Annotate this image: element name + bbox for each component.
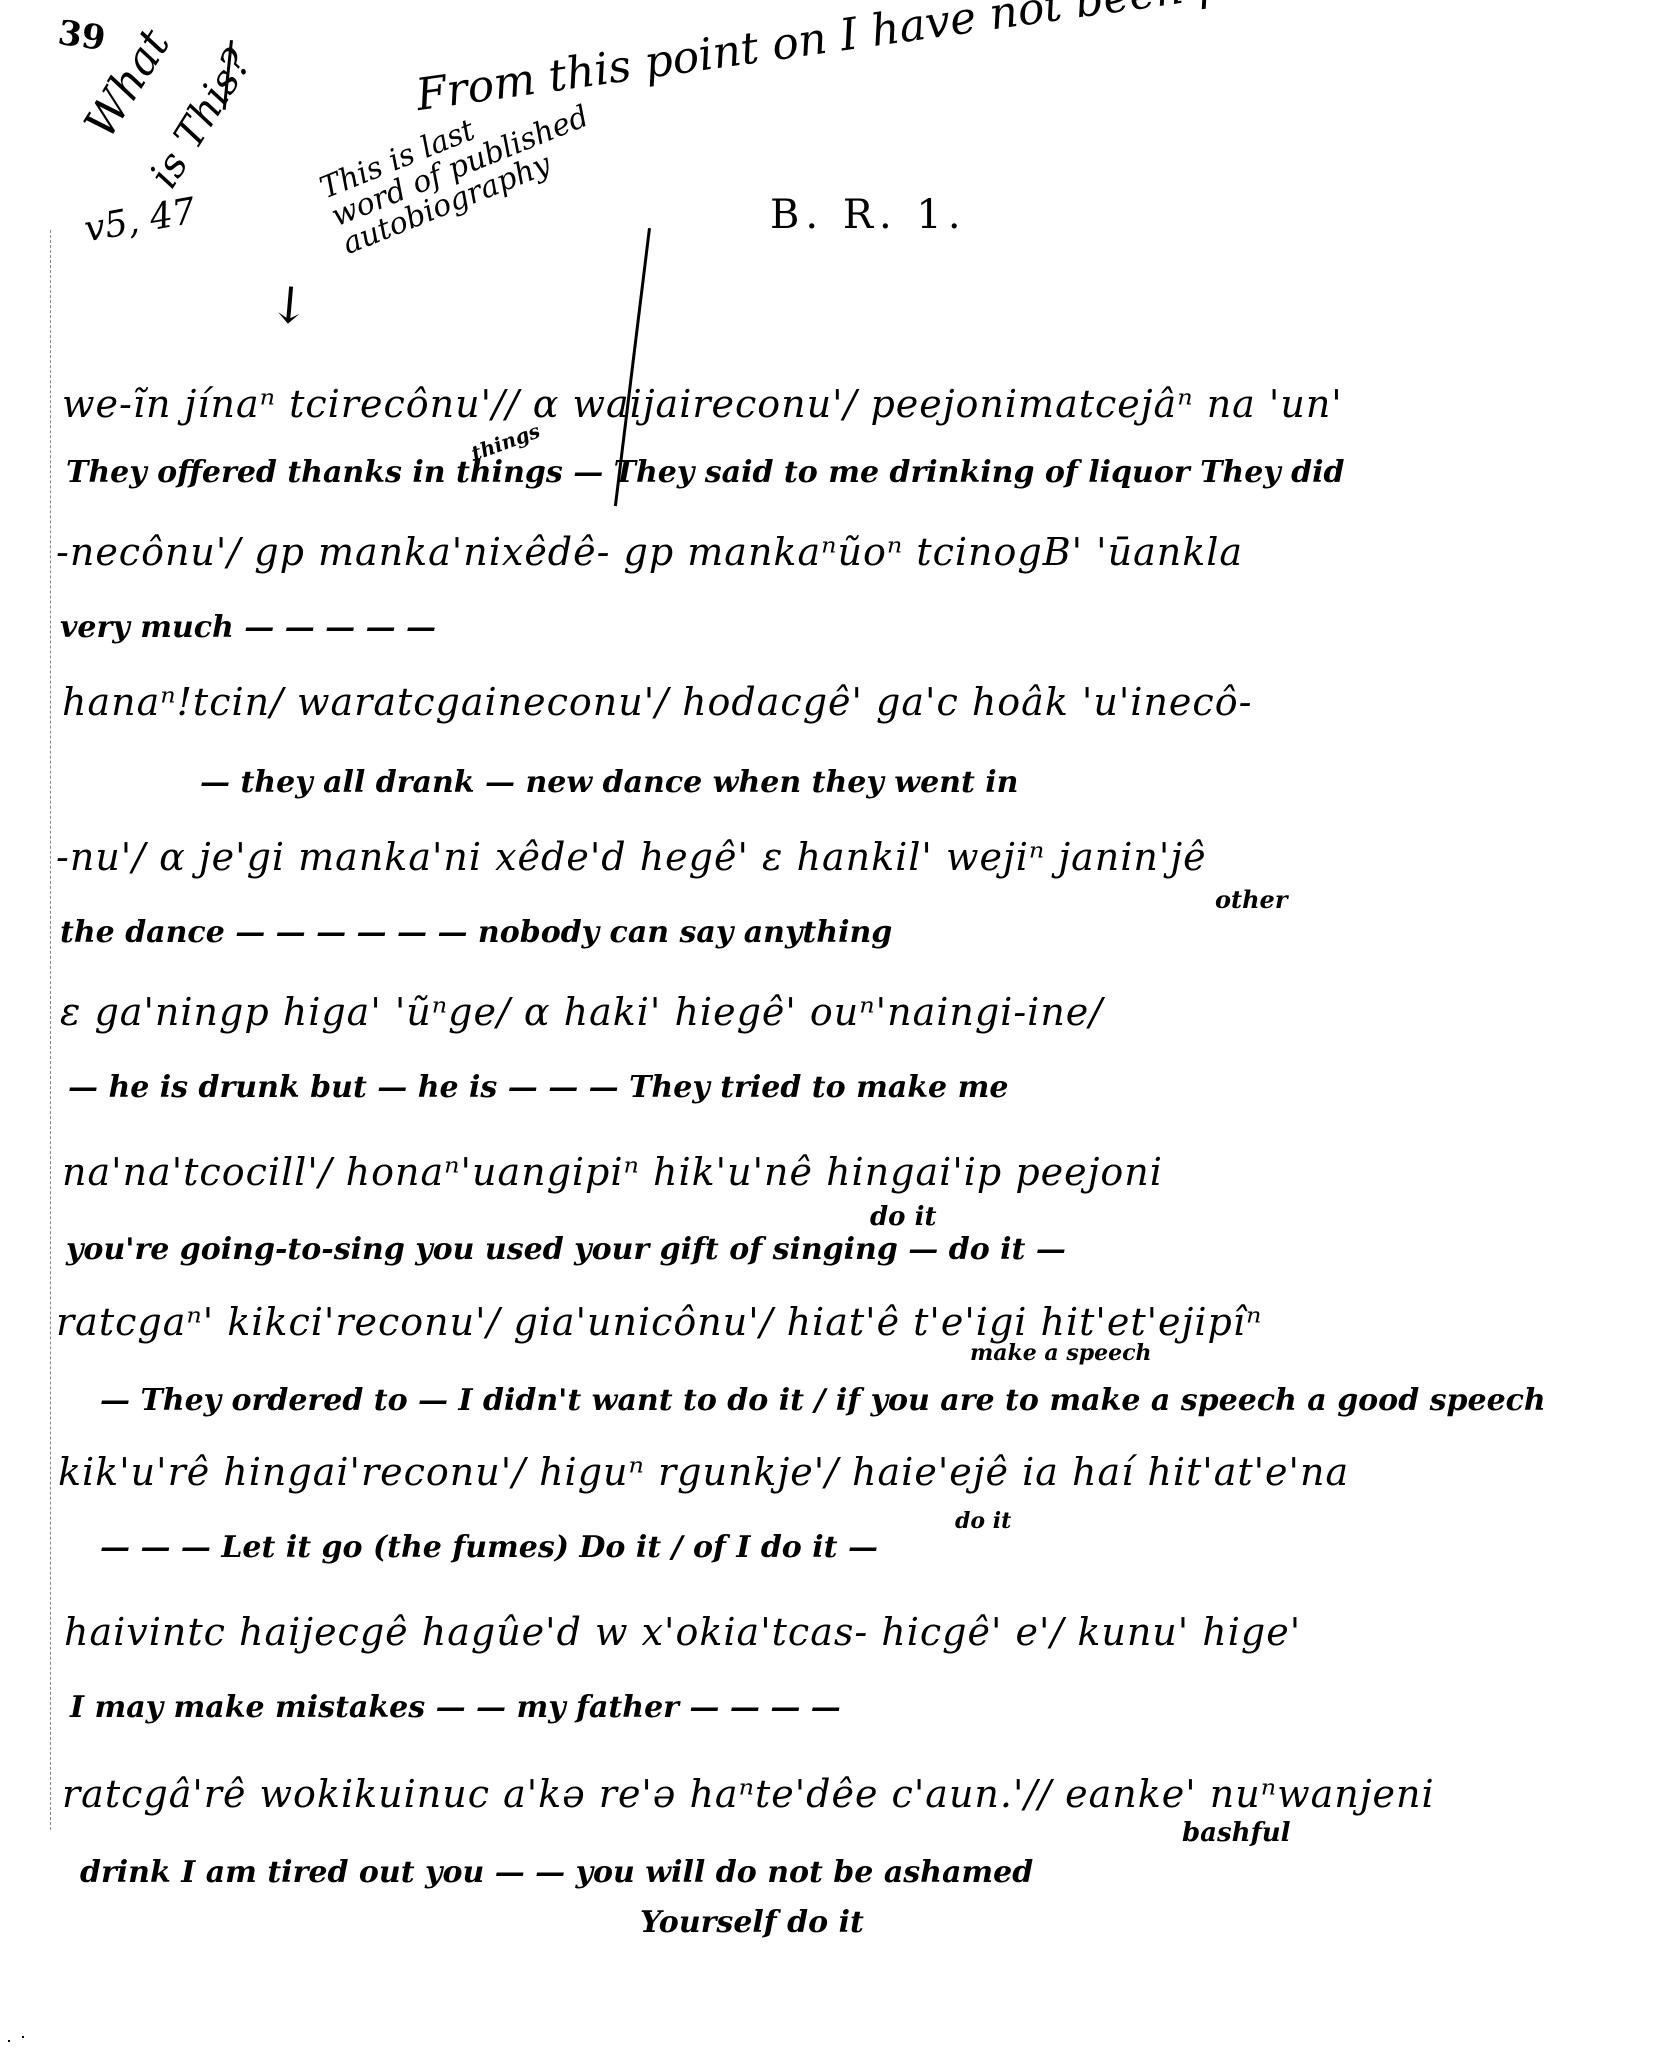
scan-speck [22,2036,24,2038]
native-text-line: hanaⁿ!tcin/ waratcgaineconu'/ hodacgê' g… [62,680,1252,724]
left-margin-rule [50,230,51,1830]
native-text-line: we-ĩn jínaⁿ tcirecônu'// α waijaireconu'… [62,382,1343,426]
annotation-make-a-speech: make a speech [970,1340,1152,1366]
native-text-line: ratcgaⁿ' kikci'reconu'/ gia'unicônu'/ hi… [56,1300,1262,1344]
annotation-do-it: do it [870,1202,936,1232]
annotation-bashful: bashful [1182,1818,1291,1848]
gloss-line: — they all drank — new dance when they w… [200,765,1019,800]
annotation-other: other [1215,885,1287,914]
page-header: B. R. 1. [770,192,967,238]
gloss-line: — — — Let it go (the fumes) Do it / of I… [100,1530,878,1565]
gloss-line: — They ordered to — I didn't want to do … [100,1383,1546,1418]
native-text-line: kik'u'rê hingai'reconu'/ higuⁿ rgunkje'/… [58,1450,1349,1494]
gloss-line: They offered thanks in things — They sai… [66,455,1345,490]
gloss-line: drink I am tired out you — — you will do… [80,1855,1033,1890]
manuscript-page: 39 What is This? From this point on I ha… [0,0,1661,2064]
native-text-line: ε ga'ningp higa' 'ũⁿge/ α haki' hiegê' o… [60,990,1103,1034]
gloss-line: the dance — — — — — — nobody can say any… [60,915,892,950]
annotation-do-it-2: do it [955,1508,1011,1534]
gloss-line: I may make mistakes — — my father — — — … [70,1690,841,1725]
gloss-line: — he is drunk but — he is — — — They tri… [68,1070,1008,1105]
scan-speck [8,2040,10,2042]
arrow-icon: ↙ [254,268,323,339]
native-text-line: ratcgâ'rê wokikuinuc a'kə re'ə haⁿte'dêe… [62,1772,1435,1816]
page-number: 39 [55,13,107,59]
native-text-line: haivintc haijecgê hagûe'd w x'okia'tcas-… [64,1610,1301,1654]
native-text-line: -necônu'/ gp manka'nixêdê- gp mankaⁿũoⁿ … [56,530,1243,574]
native-text-line: na'na'tcocill'/ honaⁿ'uangipiⁿ hik'u'nê … [62,1150,1163,1194]
gloss-line: very much — — — — — [60,610,436,645]
margin-note-reference: v5, 47 [81,191,198,251]
gloss-line: Yourself do it [640,1905,864,1940]
native-text-line: -nu'/ α je'gi manka'ni xêde'd hegê' ε ha… [56,835,1207,879]
gloss-line: you're going-to-sing you used your gift … [66,1232,1066,1267]
